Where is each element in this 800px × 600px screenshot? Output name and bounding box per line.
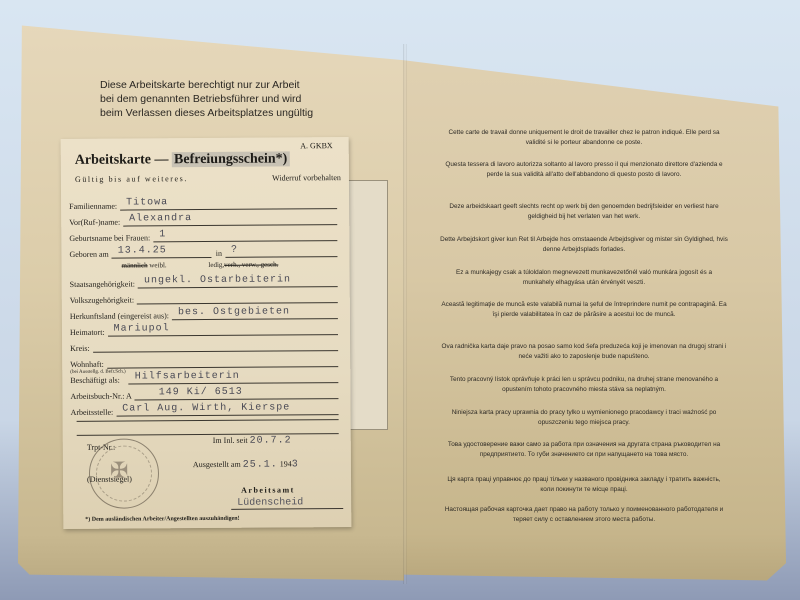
blank-line	[77, 419, 339, 422]
birthplace-value: ?	[225, 244, 338, 258]
paragraph-italian: Questa tessera di lavoro autorizza solta…	[440, 160, 728, 180]
revocation-text: Widerruf vorbehalten	[272, 173, 341, 182]
booklet-spine	[403, 44, 407, 584]
familienname-value: Titowa	[120, 196, 337, 211]
sex-value: weibl.	[149, 261, 166, 269]
staatsangehoerigkeit-value: ungekl. Ostarbeiterin	[138, 274, 338, 288]
geboren-value: 13.4.25	[112, 245, 212, 259]
card-footnote: *) Dem ausländischen Arbeiter/Angestellt…	[85, 516, 239, 523]
field-heimatort: Heimatort: Mariupol	[70, 321, 338, 337]
intro-line: Diese Arbeitskarte berechtigt nur zur Ar…	[100, 78, 360, 92]
official-stamp: ✠	[89, 438, 159, 508]
paragraph-dutch: Deze arbeidskaart geeft slechts recht op…	[440, 202, 728, 222]
im-inland-seit: Im Inl. seit 20.7.2	[213, 435, 292, 447]
card-title-left: Arbeitskarte —	[75, 152, 172, 168]
intro-line: bei dem genannten Betriebsführer und wir…	[100, 92, 360, 106]
paragraph-hungarian: Ez a munkajegy csak a túloldalon megneve…	[440, 268, 728, 288]
beschaeftigt-value: Hilfsarbeiterin	[129, 370, 339, 384]
validity-text: Gültig bis auf weiteres.	[75, 174, 188, 184]
field-beschaeftigt: (bei Ausstellg. d. Befr.Sch.)Beschäftigt…	[70, 369, 338, 385]
card-title-right: Befreiungsschein*)	[172, 151, 289, 167]
paragraph-french: Cette carte de travail donne uniquement …	[440, 128, 728, 148]
heimatort-value: Mariupol	[108, 322, 338, 337]
field-vorname: Vor(Ruf-)name: Alexandra	[69, 211, 337, 227]
field-volkszugehoerigkeit: Volkszugehörigkeit:	[70, 289, 338, 305]
paragraph-russian: Настоящая рабочая карточка дает право на…	[440, 505, 728, 525]
card-number: A. GKBX	[300, 141, 333, 150]
work-card: A. GKBX Arbeitskarte — Befreiungsschein*…	[61, 137, 352, 529]
field-familienname: Familienname: Titowa	[69, 195, 337, 211]
field-kreis: Kreis:	[70, 337, 338, 353]
field-geburtsname: Geburtsname bei Frauen: 1	[69, 227, 337, 243]
vorname-value: Alexandra	[123, 212, 337, 226]
field-arbeitsbuch: Arbeitsbuch-Nr.: A 149 Ki/ 6513	[70, 385, 338, 401]
field-staatsangehoerigkeit: Staatsangehörigkeit: ungekl. Ostarbeiter…	[70, 273, 338, 289]
paragraph-ukrainian: Ця карта праці управнює до праці тільки …	[440, 475, 728, 495]
arbeitsamt-city: Lüdenscheid	[231, 497, 343, 510]
blank-line	[77, 433, 339, 436]
geburtsname-value: 1	[153, 228, 337, 242]
field-herkunftsland: Herkunftsland (eingereist aus): bes. Ost…	[70, 305, 338, 321]
arbeitsbuch-value: 149 Ki/ 6513	[135, 386, 339, 400]
paragraph-croatian: Ova radnička karta daje pravo na posao s…	[440, 342, 728, 362]
arbeitsstelle-value: Carl Aug. Wirth, Kierspe	[116, 402, 338, 417]
sex-marital-row: männlich weibl. ledig,verh., verw., gesc…	[121, 260, 278, 269]
paragraph-romanian: Această legitimaţie de muncă este valabi…	[440, 300, 728, 320]
field-geboren: Geboren am 13.4.25 in ?	[69, 243, 337, 259]
im-inland-seit-value: 20.7.2	[250, 435, 292, 446]
herkunftsland-value: bes. Ostgebieten	[172, 306, 338, 320]
paragraph-polish: Niniejsza karta pracy uprawnia do pracy …	[440, 408, 728, 428]
ausgestellt-value: 25.1.	[243, 460, 278, 471]
paragraph-bulgarian: Това удостоверение важи само за работа п…	[440, 440, 728, 460]
ausgestellt-am: Ausgestellt am 25.1. 1943	[193, 459, 299, 471]
card-title: Arbeitskarte — Befreiungsschein*)	[75, 151, 290, 168]
intro-line: beim Verlassen dieses Arbeitsplatzes ung…	[100, 106, 360, 120]
paragraph-slovak: Tento pracovný lístok oprávňuje k práci …	[440, 375, 728, 395]
arbeitsamt-label: Arbeitsamt	[241, 485, 295, 494]
dienstsiegel-label: (Dienstsiegel)	[87, 475, 132, 484]
field-wohnhaft: Wohnhaft:	[70, 353, 338, 369]
validity-row: Gültig bis auf weiteres. Widerruf vorbeh…	[75, 173, 345, 184]
paragraph-danish: Dette Arbejdskort giver kun Ret til Arbe…	[440, 235, 728, 255]
field-arbeitsstelle: Arbeitsstelle: Carl Aug. Wirth, Kierspe	[70, 401, 338, 417]
left-page-intro: Diese Arbeitskarte berechtigt nur zur Ar…	[100, 78, 360, 120]
